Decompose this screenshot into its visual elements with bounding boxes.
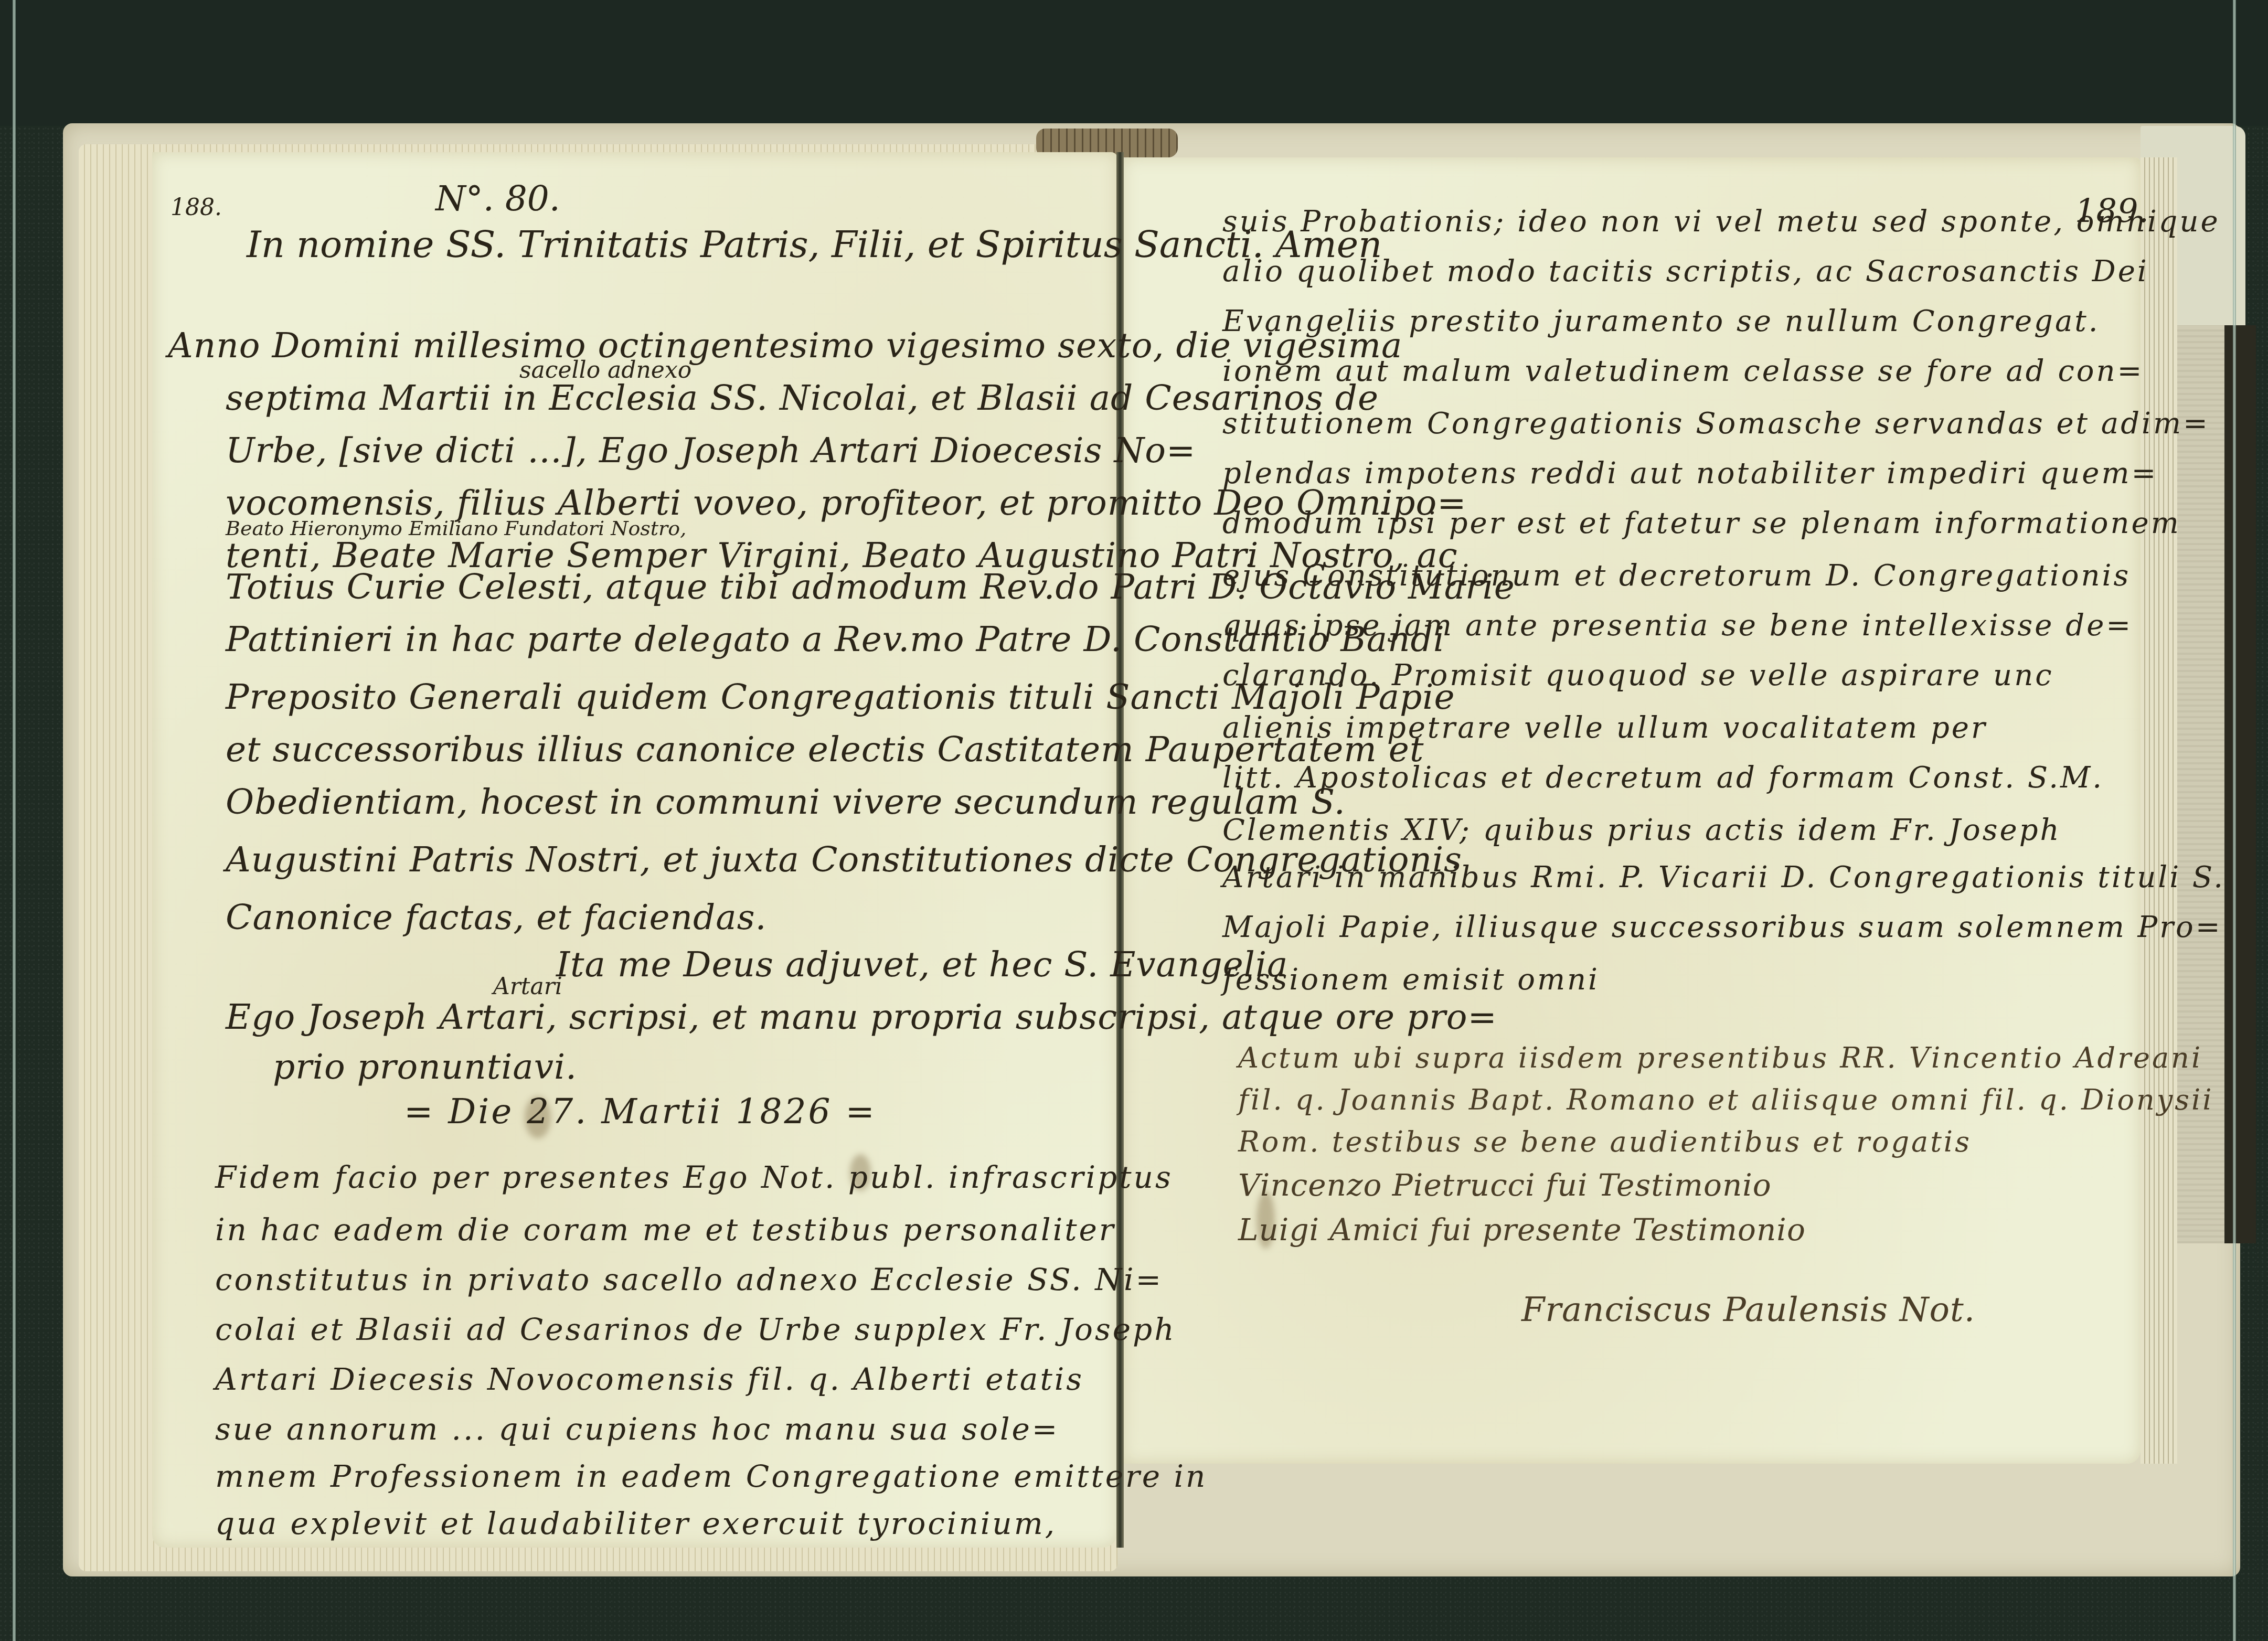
notary-line-1: Fidem facio per presentes Ego Not. publ.… [215,1159,1173,1195]
right-line-12: litt. Apostolicas et decretum ad formam … [1222,761,2104,795]
right-line-3: Evangeliis prestito juramento se nullum … [1222,304,2100,338]
closing-line-2: fil. q. Joannis Bapt. Romano et aliisque… [1238,1083,2214,1116]
signature-correction: Artari [493,973,562,1000]
date-heading: = Die 27. Martii 1826 = [404,1091,877,1132]
right-line-6: plendas impotens reddi aut notabiliter i… [1222,456,2158,491]
right-page-stack [2141,157,2177,1464]
entry-number: N°. 80. [435,178,560,219]
closing-line-3: Rom. testibus se bene audientibus et rog… [1238,1125,1972,1158]
signature-line-1: Ego Joseph Artari, scripsi, et manu prop… [226,997,1497,1037]
right-line-13: Clementis XIV; quibus prius actis idem F… [1222,813,2061,847]
oath-line: Ita me Deus adjuvet, et hec S. Evangelia [556,944,1288,985]
right-line-1: suis Probationis; ideo non vi vel metu s… [1222,205,2220,239]
witness-1-signature: Vincenzo Pietrucci fui Testimonio [1238,1167,1772,1203]
left-line-1: Anno Domini millesimo octingentesimo vig… [168,325,1402,366]
closing-line-1: Actum ubi supra iisdem presentibus RR. V… [1238,1041,2202,1074]
invocation-title: In nomine SS. Trinitatis Patris, Filii, … [247,223,1382,266]
notary-line-3: constitutus in privato sacello adnexo Ec… [215,1262,1163,1297]
right-line-16: fessionem emisit omni [1222,963,1600,997]
interlinear-note-2: Beato Hieronymo Emiliano Fundatori Nostr… [226,517,686,540]
right-line-9: quas ipse jam ante presentia se bene int… [1222,609,2133,643]
signature-line-2: prio pronuntiavi. [273,1047,577,1087]
right-line-2: alio quolibet modo tacitis scriptis, ac … [1222,254,2149,289]
right-line-14: Artari in manibus Rmi. P. Vicarii D. Con… [1222,860,2225,894]
left-line-2: septima Martii in Ecclesia SS. Nicolai, … [226,378,1379,418]
notary-line-2: in hac eadem die coram me et testibus pe… [215,1212,1116,1248]
left-page-number: 188. [171,194,222,221]
right-line-5: stitutionem Congregationis Somasche serv… [1222,407,2210,441]
right-line-10: clarando. Promisit quoquod se velle aspi… [1222,658,2054,692]
notary-line-4: colai et Blasii ad Cesarinos de Urbe sup… [215,1312,1176,1347]
felt-background [0,0,2268,126]
board-edge-shadow [2224,325,2256,1243]
left-line-12: Canonice factas, et faciendas. [226,897,767,937]
notary-line-8: qua explevit et laudabiliter exercuit ty… [215,1506,1057,1541]
right-line-4: ionem aut malum valetudinem celasse se f… [1222,354,2144,388]
right-line-7: dmodum ipsi per est et fatetur se plenam… [1222,506,2181,540]
right-line-15: Majoli Papie, illiusque successoribus su… [1222,910,2222,944]
witness-2-signature: Luigi Amici fui presente Testimonio [1238,1212,1806,1248]
notary-line-5: Artari Diecesis Novocomensis fil. q. Alb… [215,1361,1084,1397]
notary-line-7: mnem Professionem in eadem Congregatione… [215,1458,1207,1494]
glass-support-rod-left [13,0,16,1641]
glass-support-rod-right [2233,0,2236,1641]
left-line-10: Obedientiam, hocest in communi vivere se… [226,782,1346,822]
notary-line-6: sue annorum ... qui cupiens hoc manu sua… [215,1411,1059,1447]
right-line-8: ejus Constitutionum et decretorum D. Con… [1222,559,2131,593]
notary-signature: Franciscus Paulensis Not. [1521,1291,1975,1329]
right-line-11: alienis impetrare velle ullum vocalitate… [1222,711,1987,745]
left-line-3: Urbe, [sive dicti ...], Ego Joseph Artar… [226,430,1196,471]
